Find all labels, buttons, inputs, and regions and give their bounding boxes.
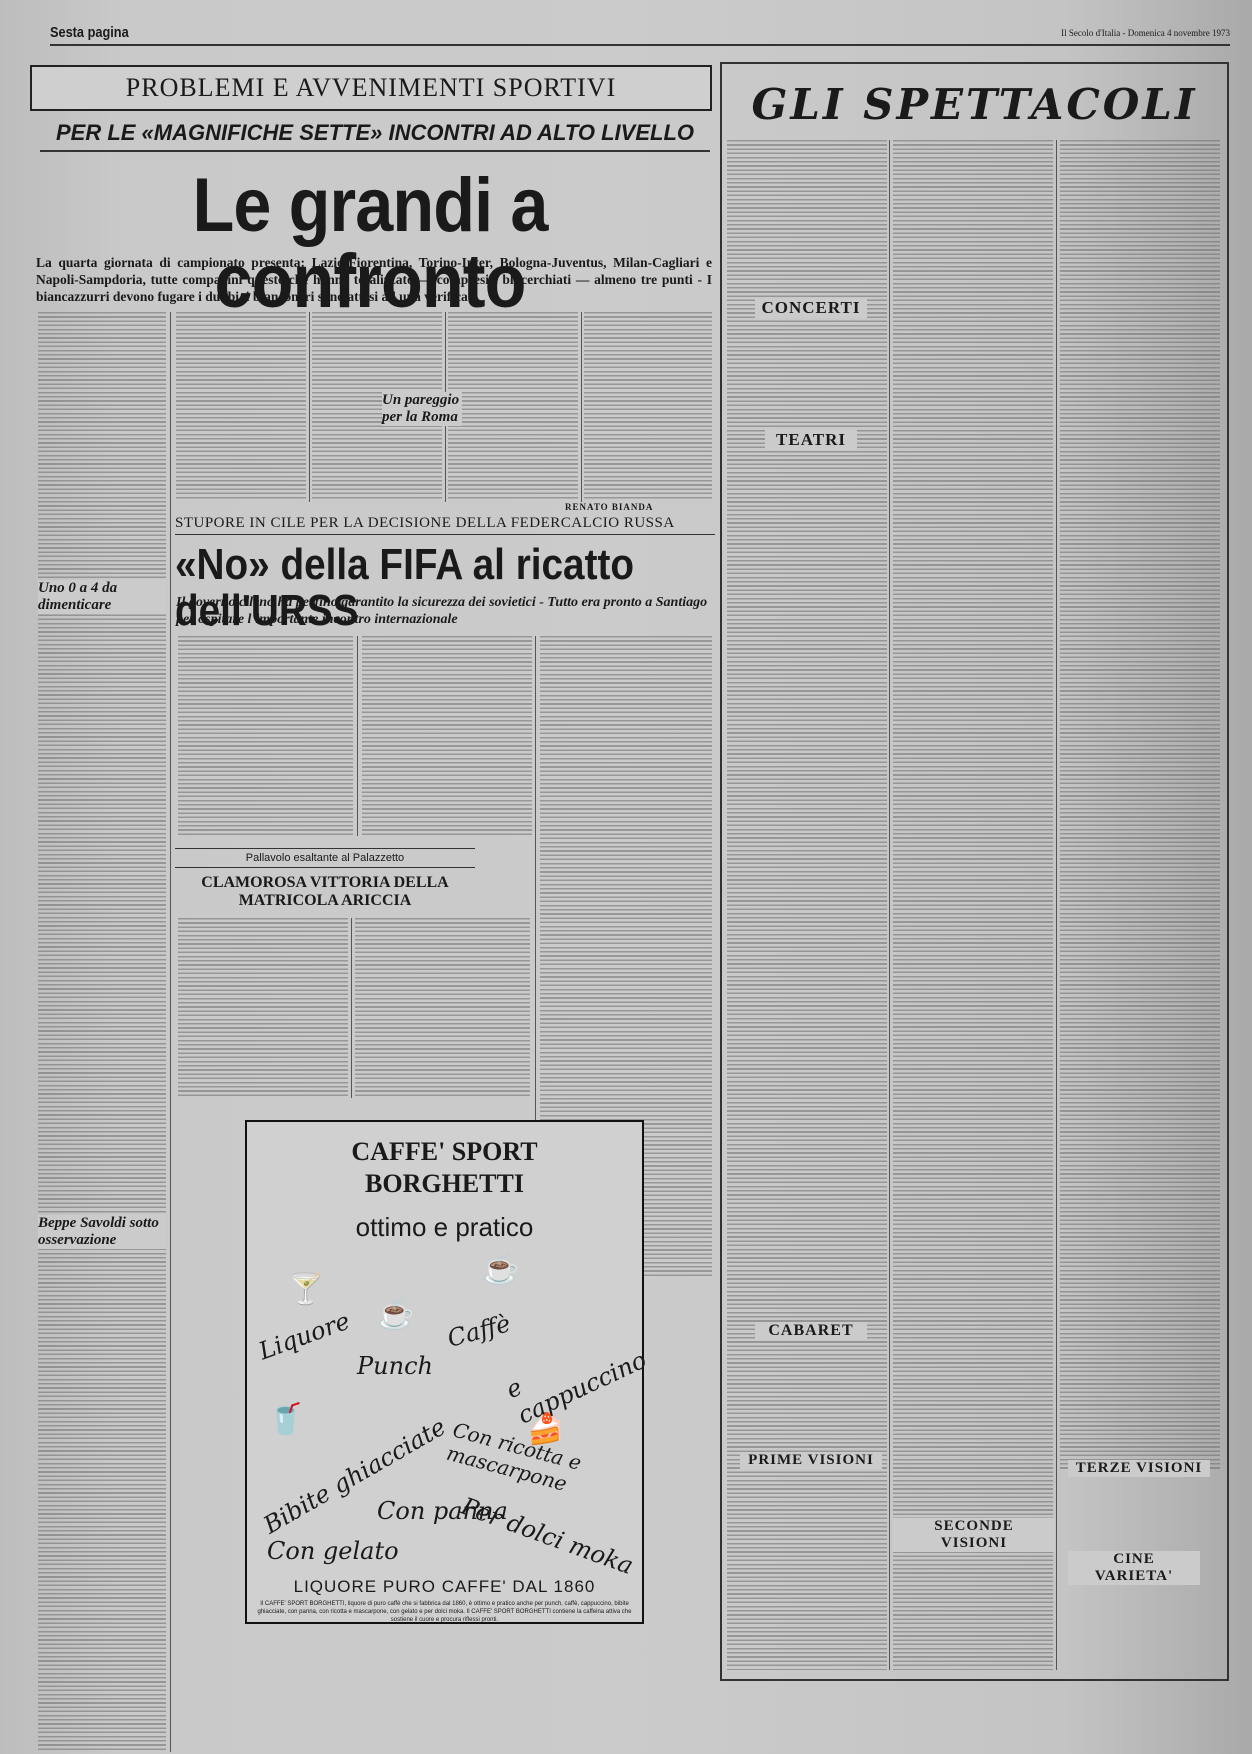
column-rule — [1056, 140, 1057, 1670]
ad-slogan: ottimo e pratico — [247, 1212, 642, 1243]
newspaper-page: Sesta pagina Il Secolo d'Italia - Domeni… — [0, 0, 1252, 1754]
cocktail-glass-icon: 🍸 — [287, 1272, 324, 1307]
listings-column — [1060, 140, 1220, 1470]
listings-column — [727, 140, 887, 1670]
listings-title: GLI SPETTACOLI — [722, 80, 1227, 129]
listings-heading-cabaret: CABARET — [755, 1322, 867, 1340]
listings-heading-prime-visioni: PRIME VISIONI — [740, 1452, 882, 1469]
volley-story-kicker: Pallavolo esaltante al Palazzetto — [175, 848, 475, 868]
fifa-story-deck: Il governo cileno ha perfino garantito l… — [176, 594, 711, 628]
ad-use-cappuccino: e cappuccino — [502, 1320, 651, 1429]
section-banner: PROBLEMI E AVVENIMENTI SPORTIVI — [30, 65, 712, 111]
main-story-deck: La quarta giornata di campionato present… — [36, 254, 712, 305]
subhead: Uno 0 a 4 da dimenticare — [38, 580, 166, 614]
subhead: Un pareggio per la Roma — [382, 392, 462, 426]
ad-fine-print: Il CAFFE' SPORT BORGHETTI, liquore di pu… — [253, 1600, 636, 1624]
main-story-kicker: PER LE «MAGNIFICHE SETTE» INCONTRI AD AL… — [40, 120, 710, 152]
section-label: Sesta pagina — [50, 24, 129, 41]
listings-heading-cine-varieta: CINE VARIETA' — [1068, 1551, 1200, 1585]
article-column — [176, 312, 306, 500]
article-column — [178, 918, 348, 1098]
iced-drink-icon: 🥤 — [267, 1402, 304, 1437]
column-rule — [889, 140, 890, 1670]
listings-heading-terze-visioni: TERZE VISIONI — [1068, 1460, 1210, 1477]
ad-brand-line1: CAFFE' SPORT — [247, 1136, 642, 1168]
listings-column — [893, 140, 1053, 1670]
listings-heading-teatri: TEATRI — [765, 430, 857, 450]
cappuccino-cup-icon: ☕ — [482, 1252, 519, 1287]
byline: RENATO BIANDA — [565, 502, 653, 512]
borghetti-advertisement: CAFFE' SPORT BORGHETTI ottimo e pratico … — [245, 1120, 644, 1624]
ad-brand: CAFFE' SPORT BORGHETTI — [247, 1136, 642, 1200]
listings-heading-seconde-visioni: SECONDE VISIONI — [893, 1518, 1055, 1552]
article-column — [448, 312, 578, 500]
listings-heading-concerti: CONCERTI — [755, 298, 867, 318]
article-column — [178, 636, 353, 836]
ad-tagline: LIQUORE PURO CAFFE' DAL 1860 — [247, 1577, 642, 1597]
article-column — [38, 312, 166, 1752]
subhead: Beppe Savoldi sotto osservazione — [38, 1215, 166, 1249]
punch-mug-icon: ☕ — [377, 1297, 414, 1332]
article-column — [362, 636, 532, 836]
article-column — [584, 312, 712, 500]
column-rule — [351, 918, 352, 1098]
ad-use-punch: Punch — [357, 1352, 433, 1380]
article-column — [355, 918, 530, 1098]
ad-use-caffe: Caffè — [444, 1309, 513, 1353]
column-rule — [170, 312, 171, 1752]
running-head: Sesta pagina Il Secolo d'Italia - Domeni… — [50, 26, 1230, 46]
ad-use-liquore: Liquore — [255, 1307, 353, 1366]
column-rule — [309, 312, 310, 502]
fifa-story-kicker: STUPORE IN CILE PER LA DECISIONE DELLA F… — [175, 515, 715, 535]
column-rule — [581, 312, 582, 502]
ad-brand-line2: BORGHETTI — [247, 1168, 642, 1200]
volley-story-headline: CLAMOROSA VITTORIA DELLA MATRICOLA ARICC… — [175, 874, 475, 910]
column-rule — [357, 636, 358, 836]
ad-use-gelato: Con gelato — [267, 1537, 399, 1565]
masthead-date: Il Secolo d'Italia - Domenica 4 novembre… — [1061, 28, 1230, 38]
